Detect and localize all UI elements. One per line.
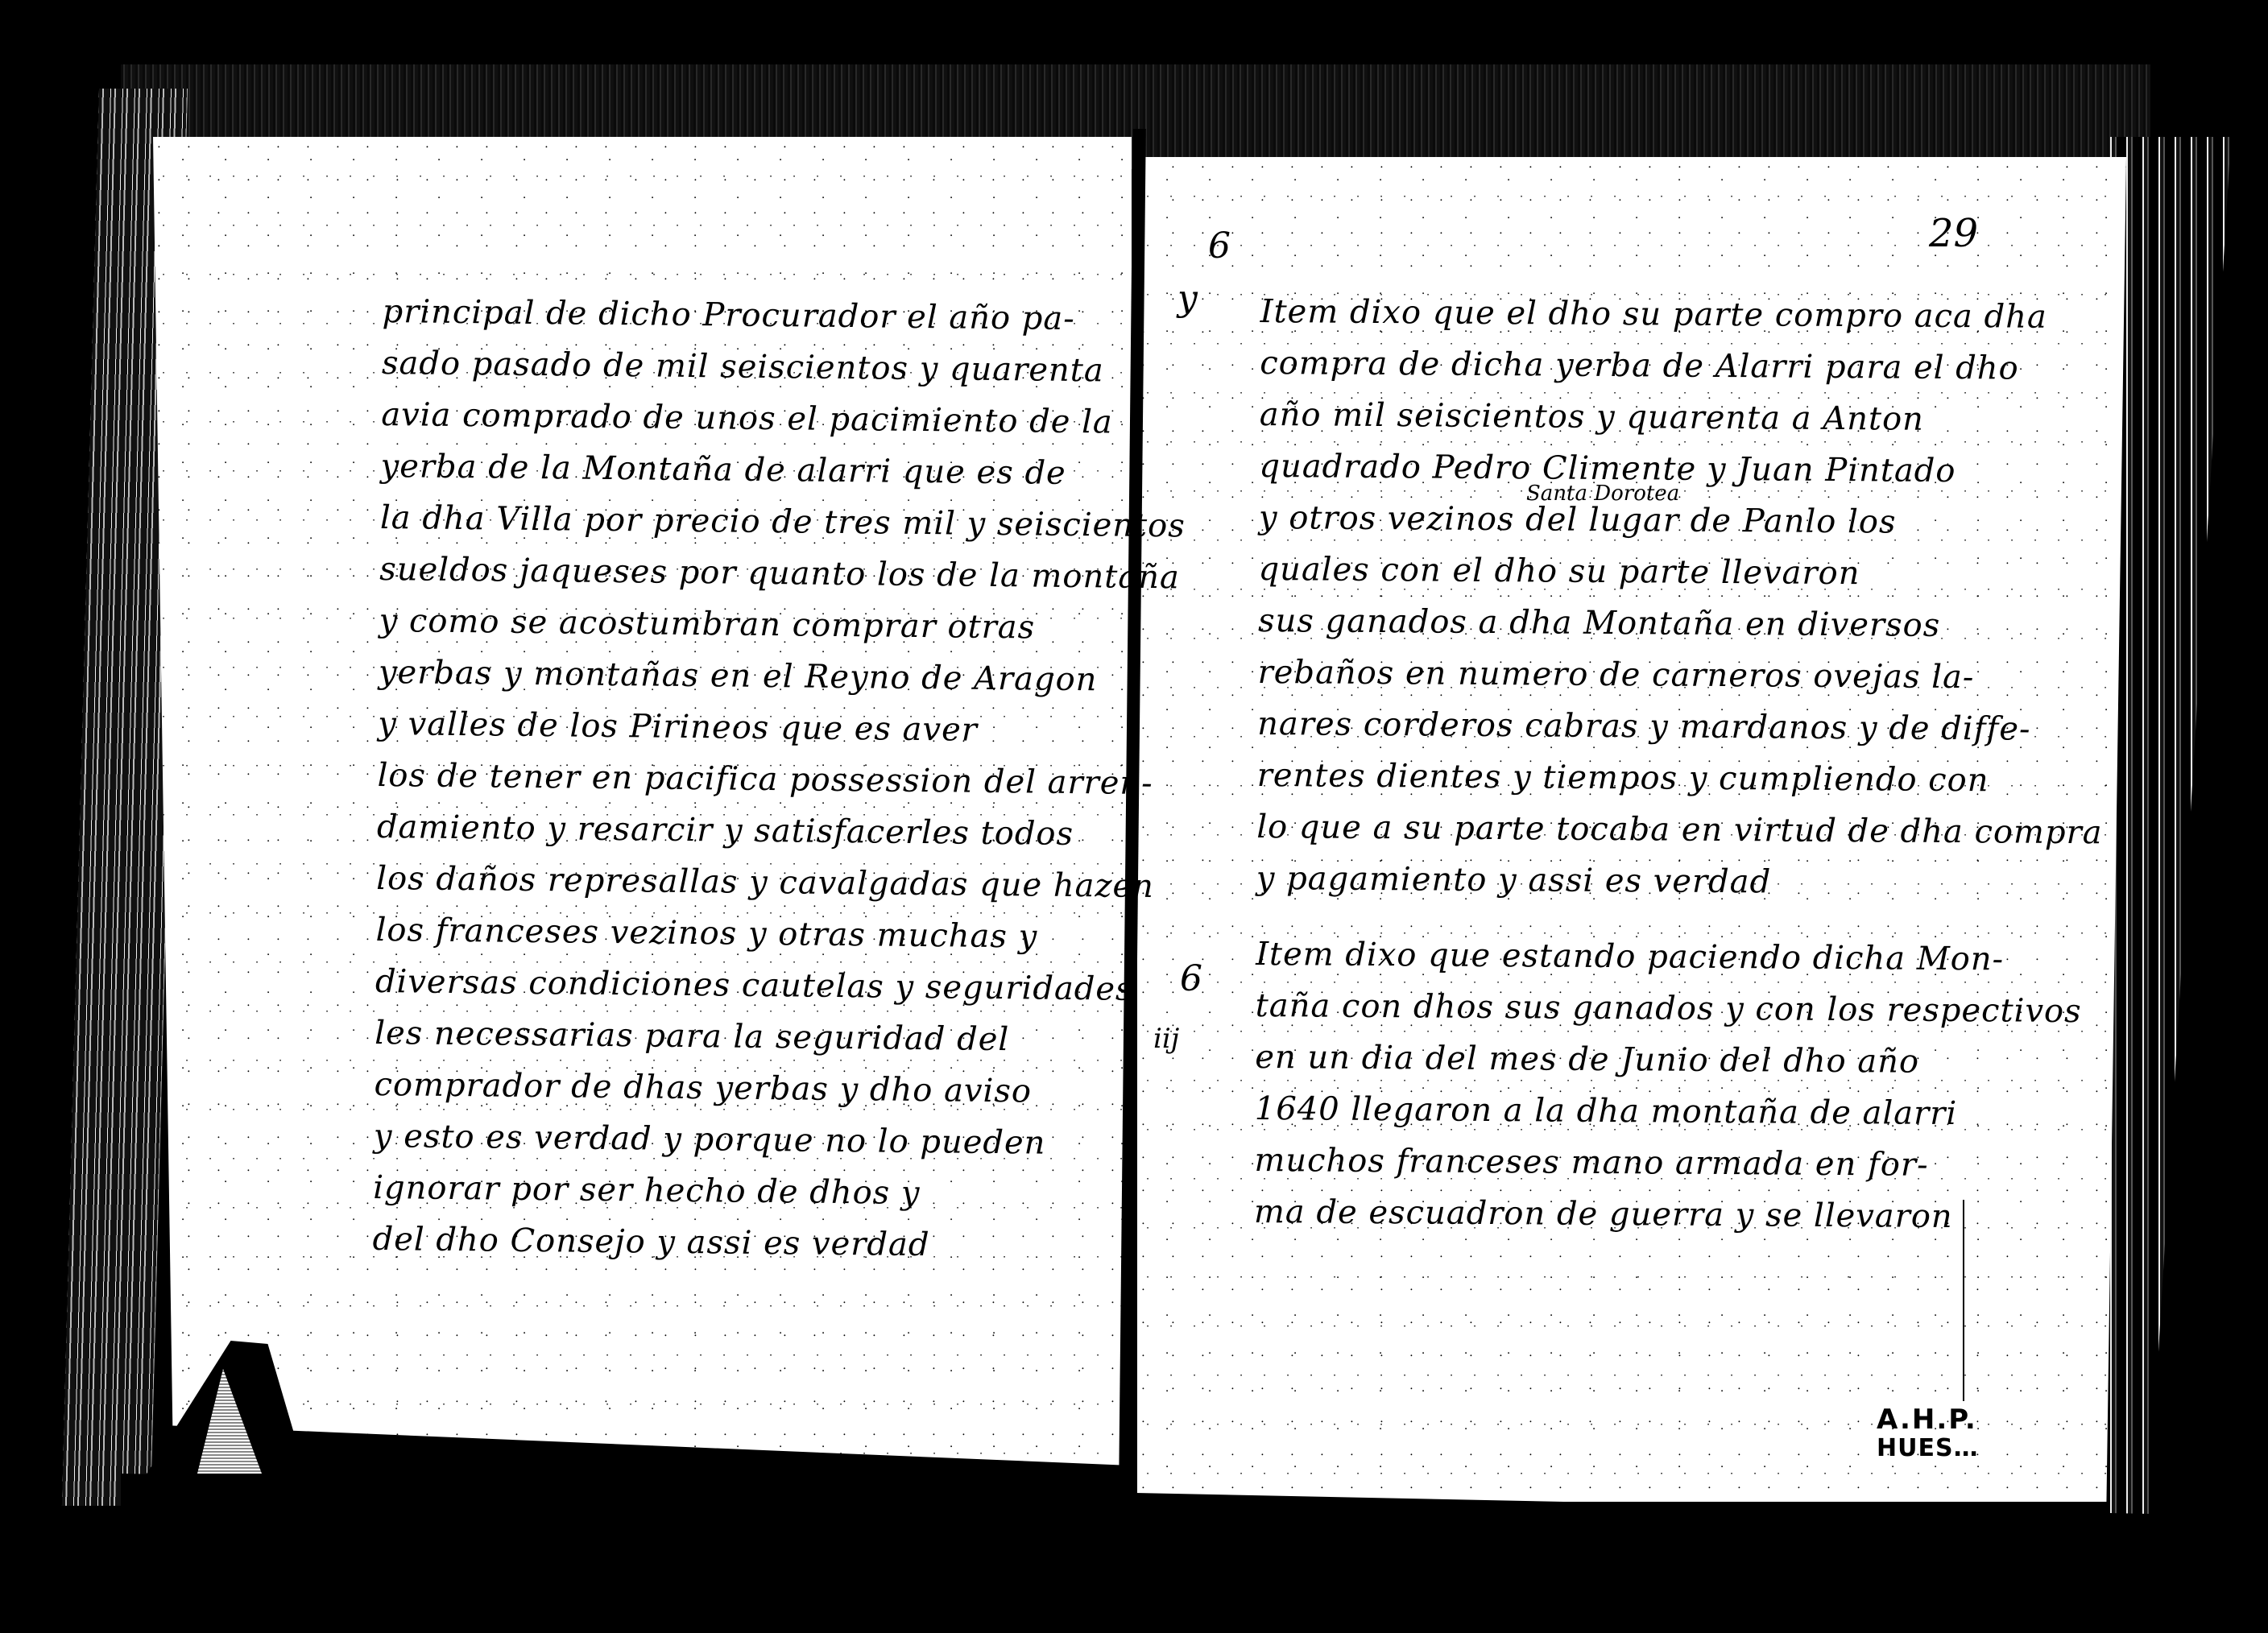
stamp-line-1: A.H.P. xyxy=(1877,1405,1979,1434)
manuscript-line: avia comprado de unos el pacimiento de l… xyxy=(381,389,1186,449)
manuscript-line: en un dia del mes de Junio del dho año xyxy=(1255,1031,2101,1089)
manuscript-line: la dha Villa por precio de tres mil y se… xyxy=(380,492,1186,552)
manuscript-line: sado pasado de mil seiscientos y quarent… xyxy=(382,337,1187,397)
archive-stamp: A.H.P. HUES… xyxy=(1877,1405,1979,1463)
manuscript-line: sus ganados a dha Montaña en diversos xyxy=(1258,595,2105,652)
right-page-text: Item dixo que el dho su parte compro aca… xyxy=(1254,286,2106,1243)
manuscript-line: yerba de la Montaña de alarri que es de xyxy=(380,440,1186,500)
manuscript-line: damiento y resarcir y satisfacerles todo… xyxy=(377,801,1182,861)
book-cover-right-edge xyxy=(2110,137,2231,1554)
manuscript-line: y valles de los Pirineos que es aver xyxy=(378,698,1183,758)
manuscript-line: principal de dicho Procurador el año pa- xyxy=(382,286,1187,345)
manuscript-line: les necessarias para la seguridad del xyxy=(375,1007,1180,1067)
manuscript-line: yerbas y montañas en el Reyno de Aragon xyxy=(379,647,1184,706)
manuscript-line: los franceses vezinos y otras muchas y xyxy=(375,904,1181,964)
manuscript-line: los de tener en pacifica possession del … xyxy=(377,750,1182,809)
manuscript-line: ma de escuadron de guerra y se llevaron xyxy=(1254,1186,2100,1243)
manuscript-line: diversas condiciones cautelas y segurida… xyxy=(375,956,1181,1015)
manuscript-line: Item dixo que el dho su parte compro aca… xyxy=(1260,286,2107,343)
manuscript-line: ignorar por ser hecho de dhos y xyxy=(373,1162,1178,1222)
manuscript-line: taña con dhos sus ganados y con los resp… xyxy=(1256,980,2102,1037)
manuscript-line: y esto es verdad y porque no lo pueden xyxy=(374,1110,1179,1170)
manuscript-line: año mil seiscientos y quarenta a Anton xyxy=(1260,389,2106,446)
manuscript-line: y otros vezinos del lugar de Panlo los xyxy=(1259,492,2105,549)
folio-number: 29 xyxy=(1929,211,1978,256)
manuscript-line: Item dixo que estando paciendo dicha Mon… xyxy=(1256,928,2102,986)
paragraph-item-1: Item dixo que el dho su parte compro aca… xyxy=(1256,286,2107,910)
margin-note: y xyxy=(1177,278,1198,319)
manuscript-line: compra de dicha yerba de Alarri para el … xyxy=(1260,337,2106,395)
margin-note: 6 xyxy=(1180,958,1202,999)
manuscript-line: 1640 llegaron a la dha montaña de alarri xyxy=(1255,1083,2101,1140)
manuscript-line: rentes dientes y tiempos y cumpliendo co… xyxy=(1257,750,2104,807)
margin-note: 6 xyxy=(1208,225,1231,267)
manuscript-line: sueldos jaqueses por quanto los de la mo… xyxy=(379,544,1185,603)
manuscript-line: comprador de dhas yerbas y dho aviso xyxy=(374,1059,1179,1118)
manuscript-line: y como se acostumbran comprar otras xyxy=(379,595,1184,655)
manuscript-line: nares corderos cabras y mardanos y de di… xyxy=(1257,698,2104,755)
manuscript-line: rebaños en numero de carneros ovejas la- xyxy=(1257,647,2104,704)
stamp-line-2: HUES… xyxy=(1877,1434,1979,1463)
manuscript-line: del dho Consejo y assi es verdad xyxy=(372,1213,1177,1273)
scanned-document: principal de dicho Procurador el año pa-… xyxy=(0,0,2268,1633)
manuscript-line: y pagamiento y assi es verdad xyxy=(1256,853,2103,910)
manuscript-line: los daños represallas y cavalgadas que h… xyxy=(376,853,1182,912)
left-page-text: principal de dicho Procurador el año pa-… xyxy=(372,286,1187,1273)
manuscript-line: lo que a su parte tocaba en virtud de dh… xyxy=(1256,801,2103,858)
margin-note: iij xyxy=(1153,1023,1179,1055)
manuscript-line: quales con el dho su parte llevaron xyxy=(1258,544,2105,601)
manuscript-line: muchos franceses mano armada en for- xyxy=(1254,1135,2100,1192)
paragraph-item-2: Item dixo que estando paciendo dicha Mon… xyxy=(1254,928,2102,1243)
manuscript-line: quadrado Pedro Climente y Juan Pintado xyxy=(1259,440,2105,498)
